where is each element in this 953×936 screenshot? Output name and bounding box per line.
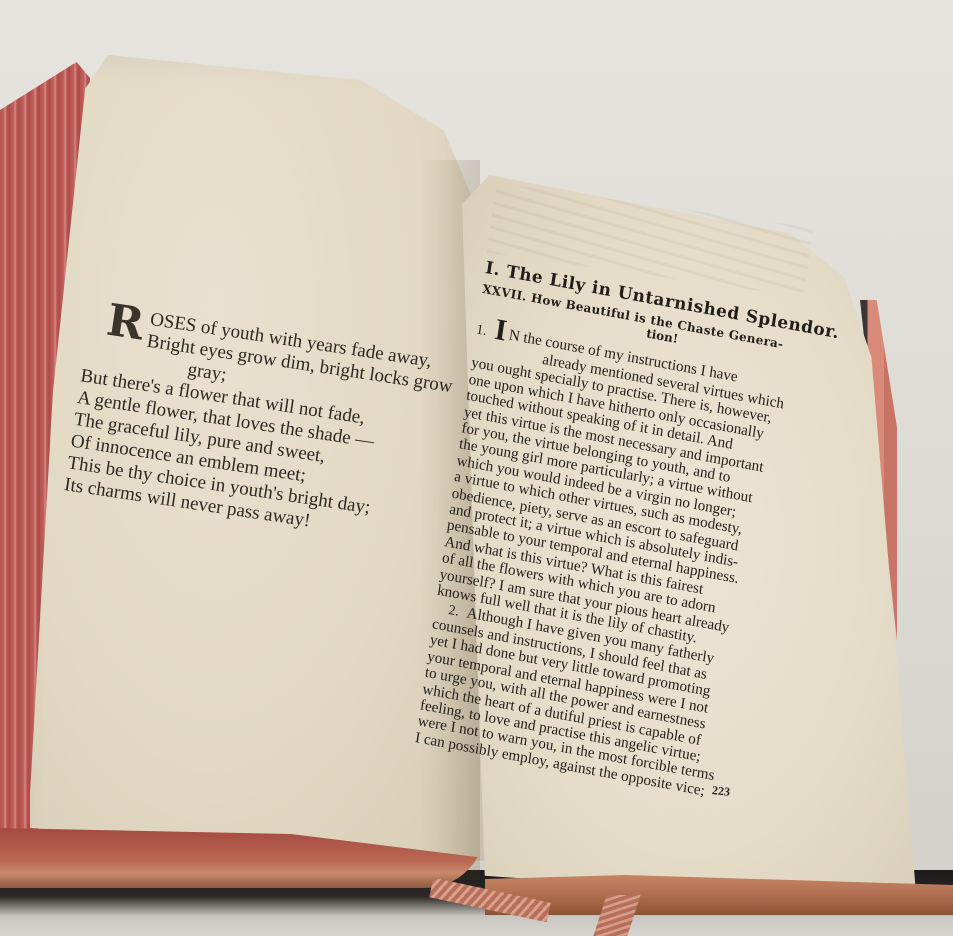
book-photo-scene: R OSES of youth with years fade away, Br… xyxy=(0,0,953,936)
paragraph-number: 1. xyxy=(475,322,488,339)
poem-drop-cap: R xyxy=(104,301,146,346)
paragraph-number: 2. xyxy=(447,602,460,619)
page-number: 223 xyxy=(711,783,730,800)
paragraph-drop-cap: I xyxy=(493,313,509,348)
